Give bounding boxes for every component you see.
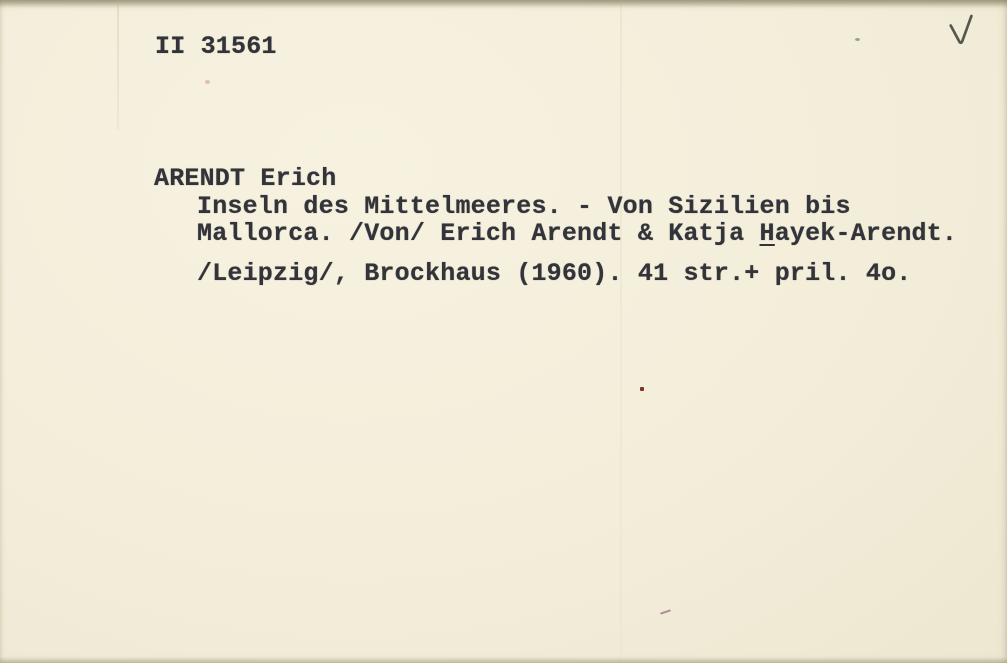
paper-crease bbox=[620, 0, 622, 663]
paper-speck bbox=[640, 387, 644, 391]
paper-speck bbox=[660, 609, 671, 614]
title-line-2-underlined-letter: H bbox=[760, 219, 775, 248]
card-top-edge bbox=[0, 0, 1007, 8]
checkmark-icon bbox=[948, 11, 978, 49]
catalog-card: II 31561 ARENDT Erich Inseln des Mittelm… bbox=[0, 0, 1007, 663]
paper-crease bbox=[117, 0, 119, 130]
title-line-1: Inseln des Mittelmeeres. - Von Sizilien … bbox=[197, 193, 851, 221]
card-bottom-edge bbox=[0, 657, 1007, 663]
paper-speck bbox=[855, 38, 860, 41]
imprint-line: /Leipzig/, Brockhaus (1960). 41 str.+ pr… bbox=[197, 260, 912, 288]
title-line-2: Mallorca. /Von/ Erich Arendt & Katja Hay… bbox=[197, 220, 957, 248]
paper-speck bbox=[205, 80, 210, 84]
title-line-2-pre: Mallorca. /Von/ Erich Arendt & Katja bbox=[197, 219, 760, 248]
title-line-2-post: ayek-Arendt. bbox=[775, 219, 957, 248]
call-number: II 31561 bbox=[155, 33, 277, 61]
author-heading: ARENDT Erich bbox=[154, 165, 336, 193]
